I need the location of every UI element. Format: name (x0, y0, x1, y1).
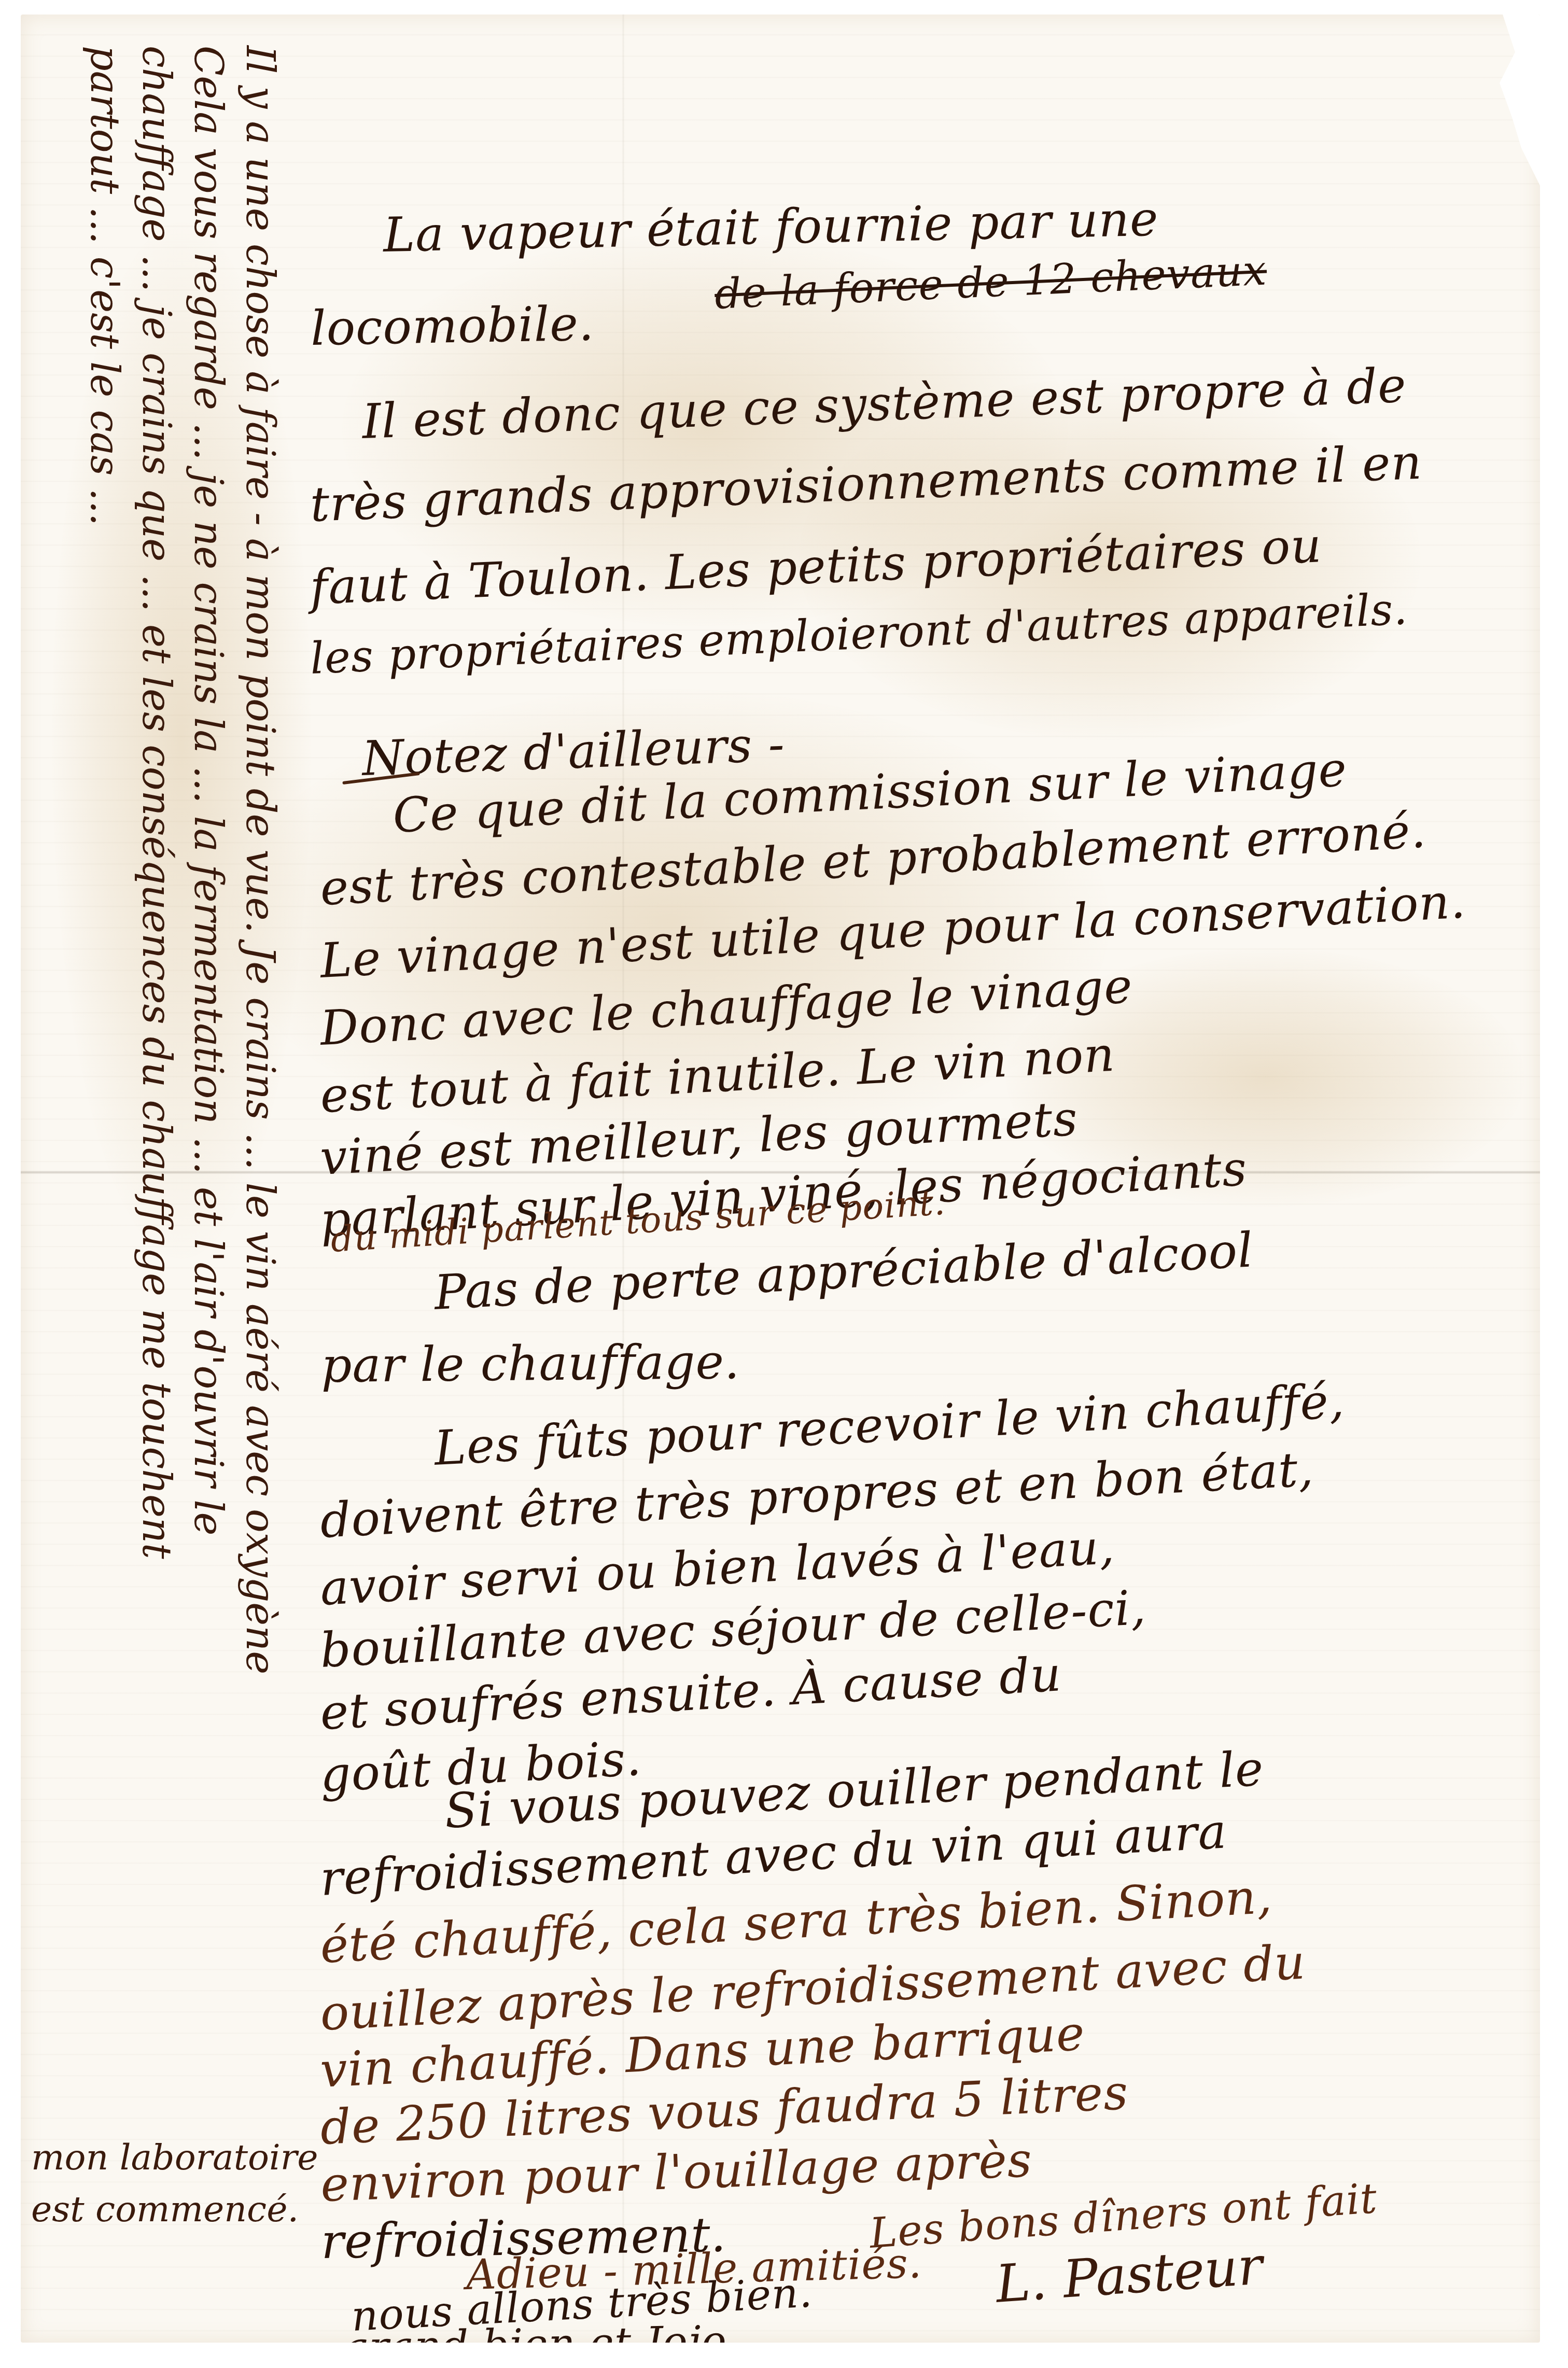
margin-note-vertical: Cela vous regarde ... je ne crains la ..… (189, 46, 228, 1536)
letter-line: Il est donc que ce système est propre à … (361, 362, 1407, 446)
margin-note-vertical: chauffage ... je crains que ... et les c… (137, 46, 176, 1559)
letter-line: locomobile. (310, 300, 594, 353)
margin-note-vertical: Il y a une chose à faire - à mon point d… (241, 46, 280, 1674)
margin-note-bottom-left: mon laboratoire (31, 2140, 318, 2176)
letter-line: La vapeur était fournie par une (383, 195, 1159, 259)
struck-out-text: de la force de 12 chevaux (714, 250, 1268, 315)
letter-paper: La vapeur était fournie par une locomobi… (21, 15, 1540, 2343)
signature: L. Pasteur (994, 2240, 1264, 2310)
letter-line: par le chauffage. (321, 1338, 740, 1390)
margin-note-bottom-left: est commencé. (31, 2192, 299, 2227)
letter-line: très grands approvisionnements comme il … (309, 439, 1423, 529)
margin-note-vertical: partout ... c'est le cas ... (85, 46, 124, 526)
closing-line: grand bien et Jojo. (342, 2320, 740, 2343)
torn-corner (1478, 15, 1540, 186)
